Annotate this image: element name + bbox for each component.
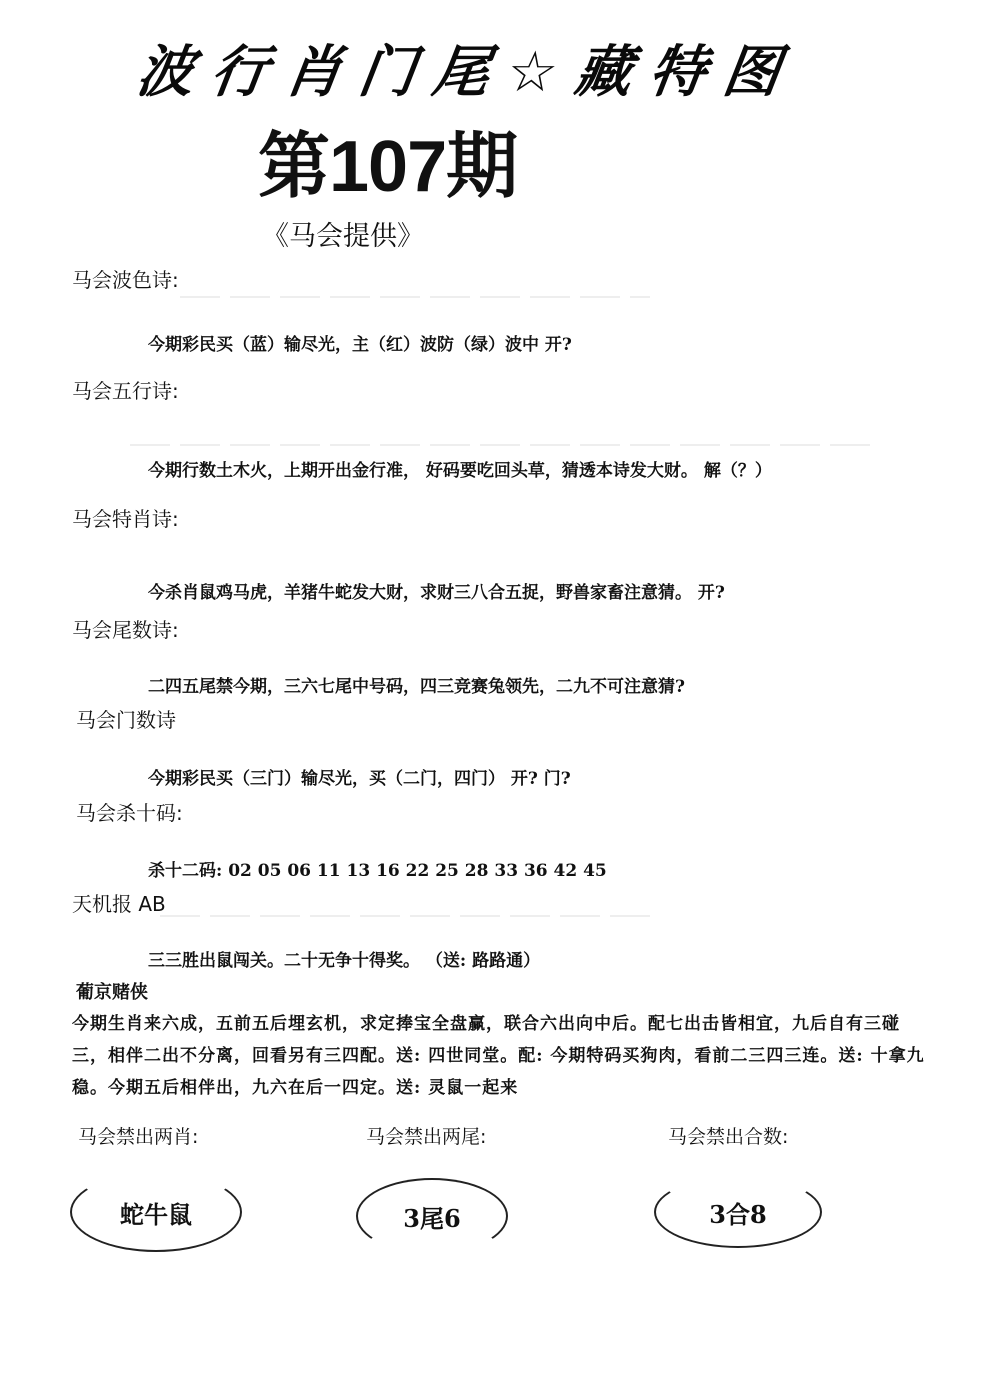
tianji-text: 三三胜出鼠闯关。二十无争十得奖。 （送: 路路通） bbox=[148, 946, 540, 971]
ban-tail-label: 马会禁出两尾: bbox=[366, 1122, 486, 1149]
section-heading-five-elements-poem: 马会五行诗: bbox=[72, 375, 179, 404]
ban-zodiac-value: 蛇牛鼠 bbox=[120, 1195, 192, 1230]
color-poem-text: 今期彩民买（蓝）输尽光，主（红）波防（绿）波中 开? bbox=[148, 330, 572, 355]
pujing-paragraph: 今期生肖来六成，五前五后埋玄机，求定捧宝全盘赢，联合六出向中后。配七出击皆相宜，… bbox=[72, 1008, 932, 1104]
tail-poem-text: 二四五尾禁今期，三六七尾中号码，四三竞赛兔领先，二九不可注意猜? bbox=[148, 672, 685, 697]
issue-number: 第107期 bbox=[258, 108, 517, 212]
kill-numbers-text: 杀十二码: 02 05 06 11 13 16 22 25 28 33 36 4… bbox=[148, 856, 607, 881]
provider-label: 《马会提供》 bbox=[262, 214, 424, 253]
ban-tail-ellipse: 3尾6 bbox=[356, 1178, 508, 1254]
section-heading-color-poem: 马会波色诗: bbox=[72, 264, 179, 293]
five-elements-poem-text: 今期行数土木火，上期开出金行准， 好码要吃回头草，猜透本诗发大财。 解（？） bbox=[148, 456, 772, 481]
divider bbox=[180, 296, 650, 298]
ban-zodiac-label: 马会禁出两肖: bbox=[78, 1122, 198, 1149]
banner-title: 波行肖门尾☆藏特图 bbox=[132, 28, 803, 108]
zodiac-poem-text: 今杀肖鼠鸡马虎，羊猪牛蛇发大财，求财三八合五捉，野兽家畜注意猜。 开? bbox=[148, 578, 725, 603]
divider bbox=[130, 444, 870, 446]
section-heading-tianji: 天机报 AB bbox=[72, 888, 166, 917]
ban-sum-value: 3合8 bbox=[709, 1195, 766, 1230]
section-heading-zodiac-poem: 马会特肖诗: bbox=[72, 503, 179, 532]
door-poem-text: 今期彩民买（三门）输尽光，买（二门，四门） 开? 门? bbox=[148, 764, 571, 789]
ban-tail-value: 3尾6 bbox=[403, 1199, 460, 1234]
ban-sum-ellipse: 3合8 bbox=[654, 1176, 822, 1248]
section-heading-kill-numbers: 马会杀十码: bbox=[76, 797, 183, 826]
section-heading-tail-poem: 马会尾数诗: bbox=[72, 614, 179, 643]
ban-sum-label: 马会禁出合数: bbox=[668, 1122, 788, 1149]
ban-zodiac-ellipse: 蛇牛鼠 bbox=[70, 1172, 242, 1252]
section-heading-door-poem: 马会门数诗 bbox=[76, 704, 176, 733]
divider bbox=[160, 915, 650, 917]
pujing-heading: 葡京赌侠 bbox=[76, 978, 148, 1004]
